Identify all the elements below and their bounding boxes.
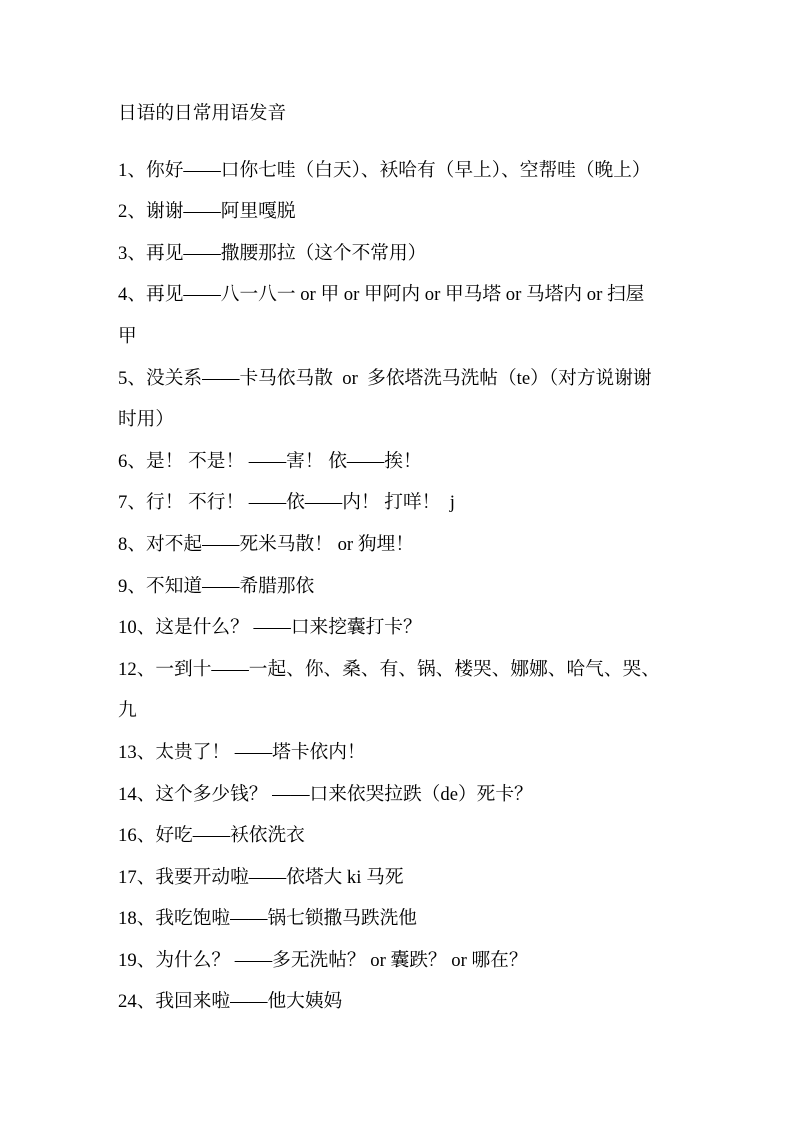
document-page: 日语的日常用语发音 1、你好——口你七哇（白天）、袄哈有（早上）、空帮哇（晚上）… — [0, 0, 794, 1123]
item-4: 4、再见——八一八一 or 甲 or 甲阿内 or 甲马塔 or 马塔内 or … — [118, 274, 684, 357]
item-18: 18、我吃饱啦——锅七锁撒马跌洗他 — [118, 898, 684, 940]
item-12: 12、一到十——一起、你、桑、有、锅、楼哭、娜娜、哈气、哭、 九 — [118, 649, 684, 732]
item-2: 2、谢谢——阿里嘎脱 — [118, 191, 684, 233]
item-10: 10、这是什么？ ——口来挖囊打卡？ — [118, 607, 684, 649]
item-17: 17、我要开动啦——依塔大 ki 马死 — [118, 857, 684, 899]
item-8: 8、对不起——死米马散！ or 狗埋！ — [118, 524, 684, 566]
item-6: 6、是！ 不是！ ——害！ 依——挨！ — [118, 441, 684, 483]
item-13: 13、太贵了！ ——塔卡依内！ — [118, 732, 684, 774]
item-3: 3、再见——撒腰那拉（这个不常用） — [118, 233, 684, 275]
item-19: 19、为什么？ ——多无洗帖？ or 囊跌？ or 哪在？ — [118, 940, 684, 982]
item-1: 1、你好——口你七哇（白天）、袄哈有（早上）、空帮哇（晚上） — [118, 150, 684, 192]
item-14: 14、这个多少钱？ ——口来依哭拉跌（de）死卡？ — [118, 774, 684, 816]
item-9: 9、不知道——希腊那依 — [118, 566, 684, 608]
document-title: 日语的日常用语发音 — [118, 93, 684, 135]
item-16: 16、好吃——袄依洗衣 — [118, 815, 684, 857]
item-7: 7、行！ 不行！ ——依——内！ 打咩！ j — [118, 482, 684, 524]
item-24: 24、我回来啦——他大姨妈 — [118, 981, 684, 1023]
item-5: 5、没关系——卡马依马散 or 多依塔洗马洗帖（te）（对方说谢谢 时用） — [118, 358, 684, 441]
